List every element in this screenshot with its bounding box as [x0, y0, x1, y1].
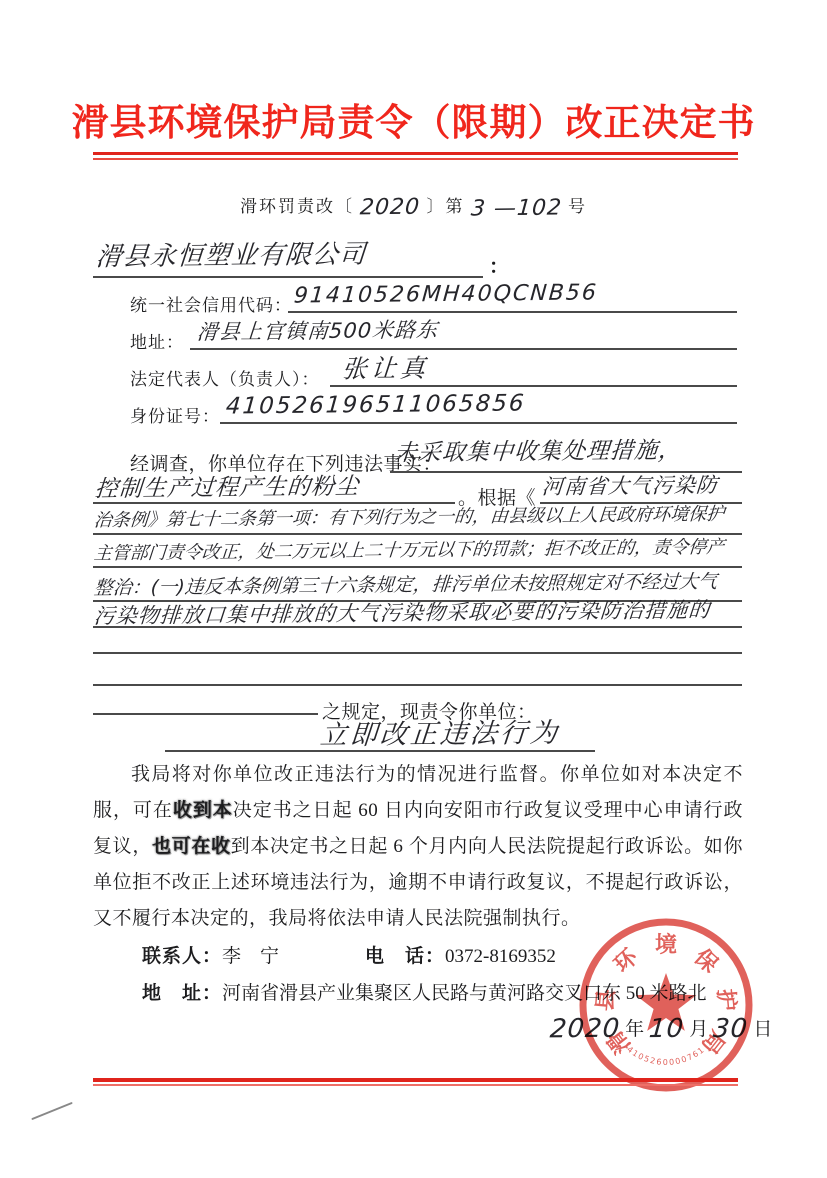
violation-basis-line1-handwritten: 河南省大气污染防	[541, 475, 719, 498]
notice-seg2-smudged: 收到本	[173, 800, 233, 821]
legal-rep-underline	[330, 385, 737, 387]
notice-paragraph: 我局将对你单位改正违法行为的情况进行监督。你单位如对本决定不服，可在收到本决定书…	[93, 757, 743, 937]
id-number-value-handwritten: 410526196511065856	[225, 392, 526, 418]
recipient-company-underline	[93, 276, 483, 278]
legal-rep-label: 法定代表人（负责人）：	[130, 365, 320, 390]
document-number-line: 滑环罚责改〔 2020 〕第 3 —102 号	[0, 192, 827, 220]
id-number-underline	[220, 422, 737, 424]
document-title: 滑县环境保护局责令（限期）改正决定书	[0, 92, 827, 146]
doc-number-suffix: 号	[568, 197, 587, 216]
contact-phone-label: 电 话：	[365, 946, 445, 967]
order-content-handwritten: 立即改正违法行为	[319, 720, 561, 750]
contact-row-1: 联系人：李 宁电 话：0372-8169352	[142, 941, 556, 968]
recipient-colon: ：	[489, 250, 509, 279]
id-number-label: 身份证号：	[130, 402, 220, 427]
order-lead-underline	[93, 713, 318, 715]
address-underline	[190, 348, 737, 350]
violation-underline-6	[93, 626, 742, 628]
violation-fact-line1-handwritten: 未采取集中收集处理措施，	[393, 439, 683, 465]
order-content-underline	[165, 750, 595, 752]
stray-pen-mark	[31, 1102, 73, 1120]
doc-number-mid: 〕第	[427, 197, 465, 216]
contact-person-label: 联系人：	[142, 946, 222, 967]
header-rule-primary	[93, 152, 738, 155]
violation-basis-line2-handwritten: 治条例》第七十二条第一项：有下列行为之一的，由县级以上人民政府环境保护	[93, 506, 725, 531]
credit-code-underline	[288, 311, 737, 313]
doc-number-year-handwritten: 2020	[359, 197, 421, 220]
credit-code-label: 统一社会信用代码：	[130, 291, 292, 316]
stamp-arc-char-3: 环	[609, 943, 643, 977]
address-label: 地址：	[130, 328, 184, 353]
violation-underline-4	[93, 566, 742, 568]
credit-code-value-handwritten: 91410526MH40QCNB56	[293, 282, 599, 307]
svg-text:4105260000761: 4105260000761	[625, 1045, 706, 1067]
violation-fact-line2-handwritten: 控制生产过程产生的粉尘	[94, 476, 360, 502]
violation-basis-line3-handwritten: 主管部门责令改正，处二万元以上二十万元以下的罚款；拒不改正的，责令停产	[93, 539, 725, 564]
doc-number-prefix: 滑环罚责改〔	[240, 197, 354, 216]
violation-underline-2a	[93, 502, 455, 504]
stamp-arc-char-4: 境	[655, 932, 677, 957]
legal-rep-value-handwritten: 张让真	[341, 356, 430, 382]
doc-number-serial-handwritten: 3 —102	[470, 198, 563, 221]
official-stamp: 滑 县 环 境 保 护 局 4105260000761	[576, 915, 756, 1095]
scanned-document-page: 滑县环境保护局责令（限期）改正决定书 滑环罚责改〔 2020 〕第 3 —102…	[0, 0, 827, 1178]
stamp-arc-char-6: 护	[713, 988, 740, 1012]
stamp-code: 4105260000761	[625, 1045, 706, 1067]
footer-rule-primary	[93, 1078, 738, 1082]
header-rule-secondary	[93, 158, 738, 160]
notice-seg4-smudged: 也可在收	[152, 836, 231, 857]
stamp-arc-char-5: 保	[690, 944, 723, 977]
violation-basis-line4-handwritten: 整治：(一)违反本条例第三十六条规定，排污单位未按照规定对不经过大气	[93, 573, 718, 599]
recipient-company-handwritten: 滑县永恒塑业有限公司	[95, 242, 367, 271]
contact-phone: 0372-8169352	[445, 946, 556, 967]
blank-line-2	[93, 684, 742, 686]
blank-line-1	[93, 652, 742, 654]
contact-person: 李 宁	[222, 946, 279, 967]
contact-address-label: 地 址：	[142, 983, 222, 1004]
stamp-star-icon	[636, 973, 697, 1031]
violation-basis-line5-handwritten: 污染物排放口集中排放的大气污染物采取必要的污染防治措施的	[93, 600, 711, 627]
address-value-handwritten: 滑县上官镇南500米路东	[196, 320, 439, 344]
violation-underline-3	[93, 533, 742, 535]
date-day-unit: 日	[753, 1019, 772, 1040]
footer-rule-secondary	[93, 1084, 738, 1086]
stamp-arc-char-2: 县	[592, 988, 619, 1012]
